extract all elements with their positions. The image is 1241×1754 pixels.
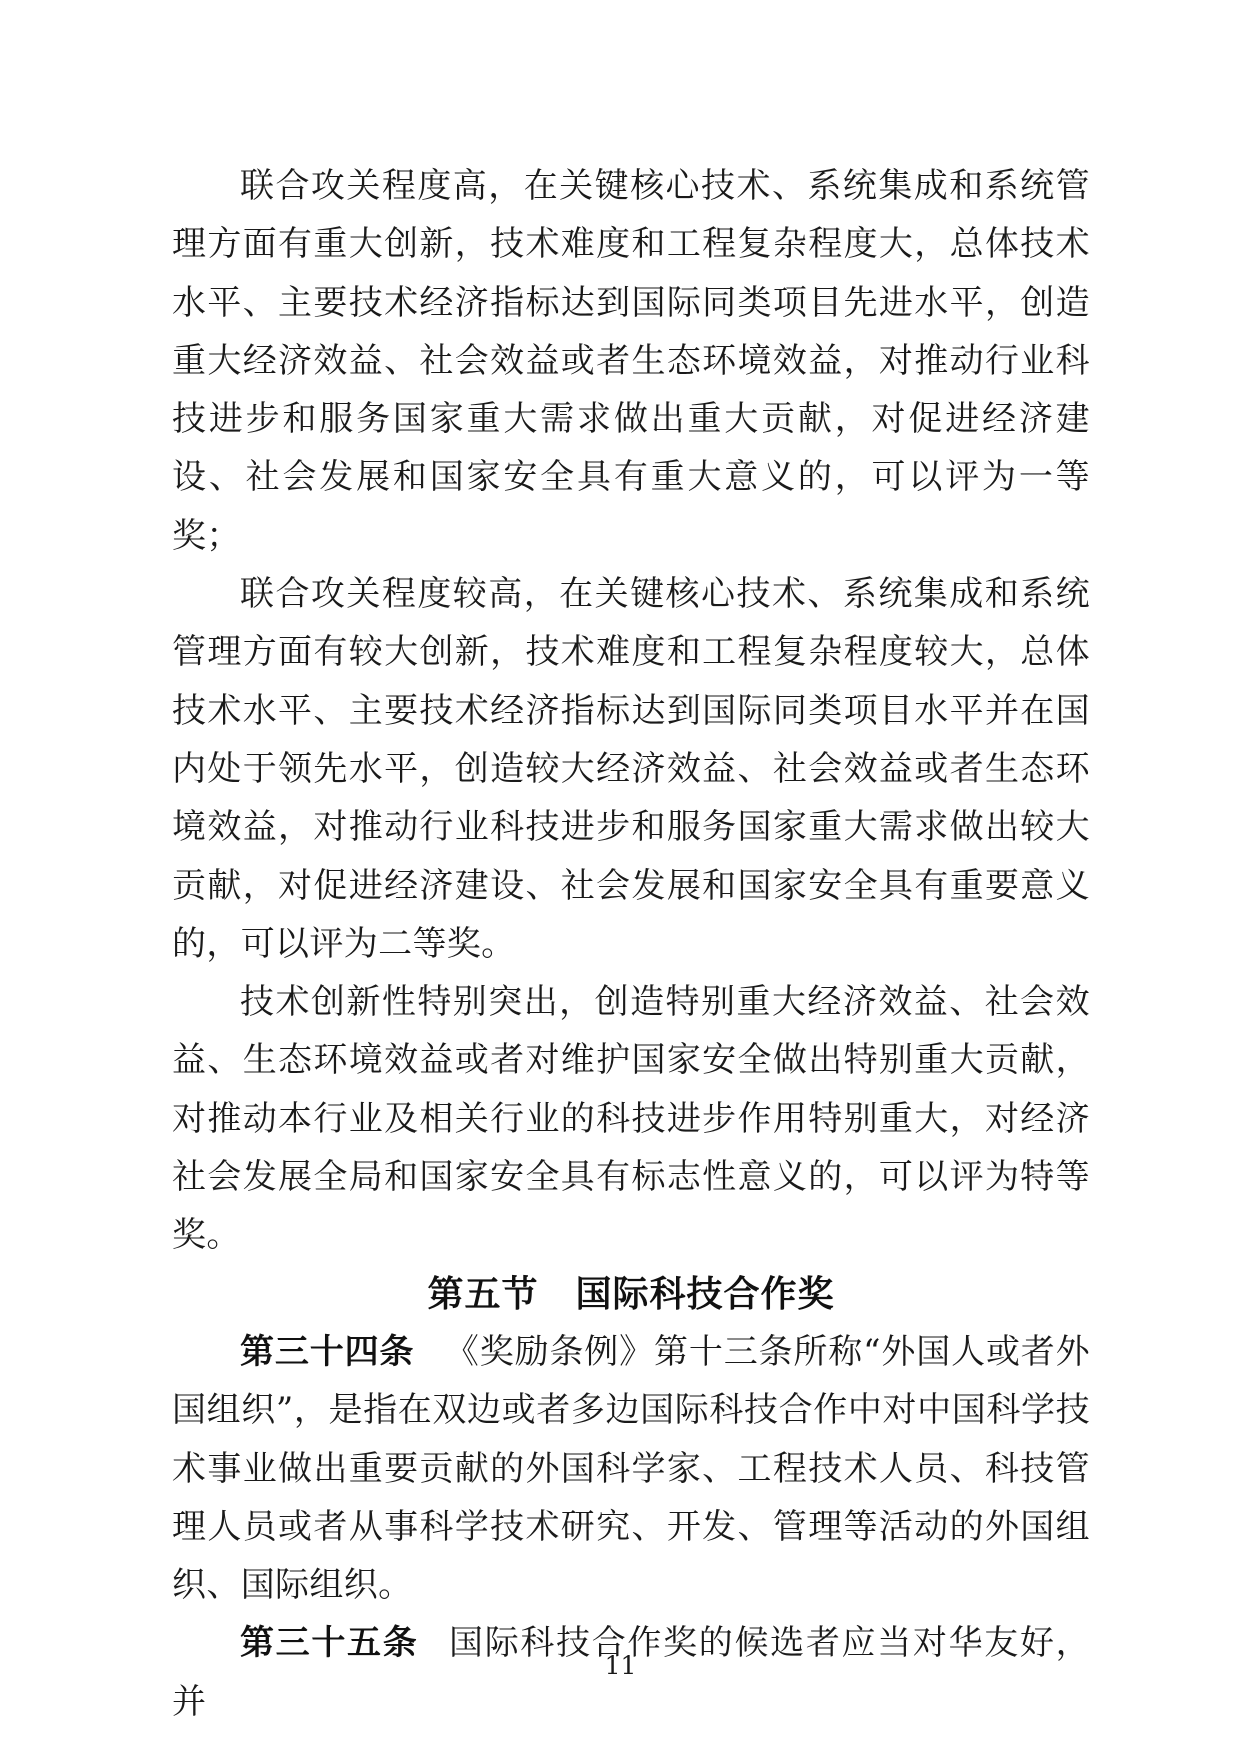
paragraph-first-class-award: 联合攻关程度高，在关键核心技术、系统集成和系统管理方面有重大创新，技术难度和工程… (172, 157, 1090, 565)
paragraph-article-34: 第三十四条《奖励条例》第十三条所称“外国人或者外国组织”，是指在双边或者多边国际… (172, 1323, 1090, 1614)
article-34-label: 第三十四条 (240, 1332, 414, 1372)
page-number: 11 (0, 1652, 1241, 1680)
document-page: 联合攻关程度高，在关键核心技术、系统集成和系统管理方面有重大创新，技术难度和工程… (0, 0, 1241, 1754)
paragraph-second-class-award: 联合攻关程度较高，在关键核心技术、系统集成和系统管理方面有较大创新，技术难度和工… (172, 565, 1090, 973)
text-block: 联合攻关程度高，在关键核心技术、系统集成和系统管理方面有重大创新，技术难度和工程… (172, 157, 1090, 1731)
article-34-text: 《奖励条例》第十三条所称“外国人或者外国组织”，是指在双边或者多边国际科技合作中… (172, 1332, 1090, 1605)
paragraph-special-class-award: 技术创新性特别突出，创造特别重大经济效益、社会效益、生态环境效益或者对维护国家安… (172, 973, 1090, 1264)
section-heading: 第五节 国际科技合作奖 (172, 1265, 1090, 1323)
